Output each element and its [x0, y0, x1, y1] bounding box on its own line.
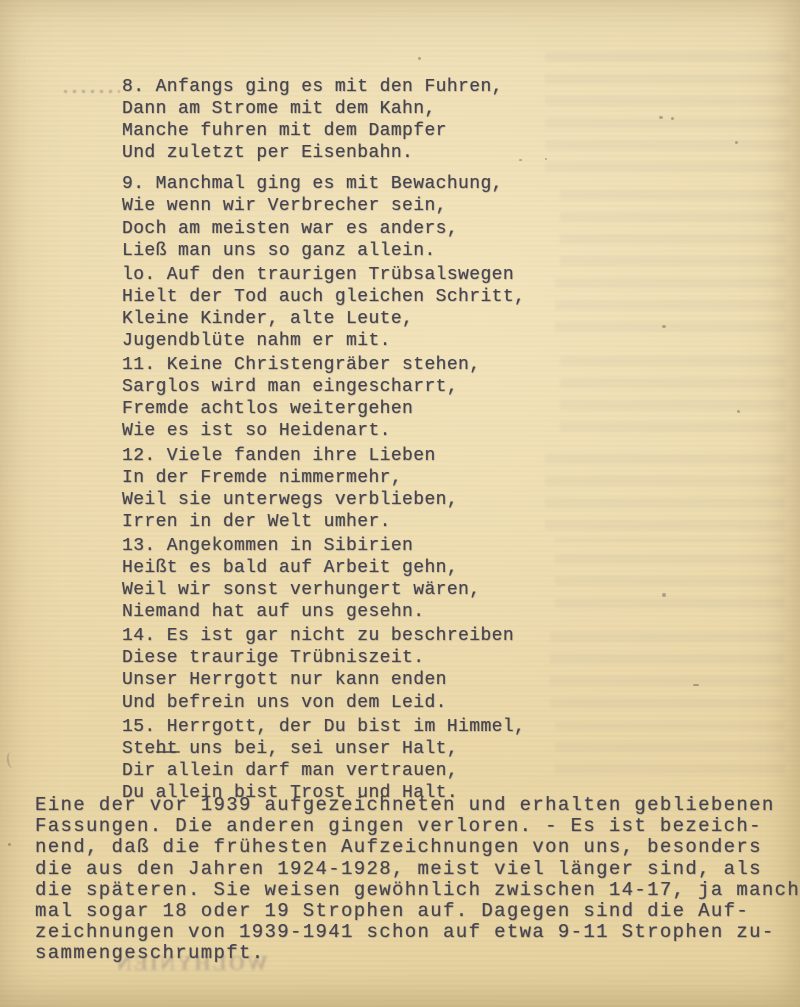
stanza-13: 13. Angekommen in Sibirien Heißt es bald…	[122, 535, 525, 623]
scan-speck	[737, 410, 740, 413]
stanza-line: Wie wenn wir Verbrecher sein,	[122, 195, 525, 217]
stanza-line: 11. Keine Christengräber stehen,	[122, 354, 525, 376]
stanza-15: 15. Herrgott, der Du bist im Himmel, Ste…	[122, 716, 525, 804]
stanza-line: 12. Viele fanden ihre Lieben	[122, 445, 525, 467]
stanza-line: Weil wir sonst verhungert wären,	[122, 579, 525, 601]
stanza-line: Dann am Strome mit dem Kahn,	[122, 98, 525, 120]
scan-speck	[662, 593, 666, 597]
scan-speck	[418, 57, 421, 60]
commentary-line: die aus den Jahren 1924-1928, meist viel…	[35, 859, 800, 880]
stanza-block: 8. Anfangs ging es mit den Fuhren, Dann …	[122, 76, 525, 806]
scan-speck	[671, 117, 674, 120]
scan-speck	[659, 116, 663, 119]
commentary-line: Fassungen. Die anderen gingen verloren. …	[35, 816, 800, 837]
stanza-line: Kleine Kinder, alte Leute,	[122, 308, 525, 330]
stanza-line: Unser Herrgott nur kann enden	[122, 669, 525, 691]
stanza-line: Ließ man uns so ganz allein.	[122, 240, 525, 262]
stanza-line: 9. Manchmal ging es mit Bewachung,	[122, 173, 525, 195]
stanza-11: 11. Keine Christengräber stehen, Sarglos…	[122, 354, 525, 442]
stanza-line: Sarglos wird man eingescharrt,	[122, 376, 525, 398]
scan-speck	[519, 159, 522, 161]
scan-speck	[8, 843, 11, 846]
commentary-line: zeichnungen von 1939-1941 schon auf etwa…	[35, 922, 800, 943]
stanza-line: Weil sie unterwegs verblieben,	[122, 489, 525, 511]
commentary-line: mal sogar 18 oder 19 Strophen auf. Dageg…	[35, 901, 800, 922]
scan-speck	[693, 684, 699, 686]
stanza-line: Und befrein uns von dem Leid.	[122, 692, 525, 714]
commentary-line: nend, daß die frühesten Aufzeichnungen v…	[35, 837, 800, 858]
stanza-line: lo. Auf den traurigen Trübsalswegen	[122, 264, 525, 286]
bleed-through-text-area	[560, 352, 785, 432]
commentary-line: Eine der vor 1939 aufgezeichneten und er…	[35, 795, 800, 816]
stanza-line: 8. Anfangs ging es mit den Fuhren,	[122, 76, 525, 98]
pencil-dot-marks	[64, 90, 120, 93]
bleed-through-text-area	[555, 538, 785, 608]
stanza-line: 15. Herrgott, der Du bist im Himmel,	[122, 716, 525, 738]
stanza-line: Irren in der Welt umher.	[122, 511, 525, 533]
stanza-line: Manche fuhren mit dem Dampfer	[122, 120, 525, 142]
stanza-line: Heißt es bald auf Arbeit gehn,	[122, 557, 525, 579]
scan-speck	[662, 325, 666, 328]
stanza-10: lo. Auf den traurigen Trübsalswegen Hiel…	[122, 264, 525, 352]
stanza-line: Niemand hat auf uns gesehn.	[122, 601, 525, 623]
scan-speck	[735, 141, 738, 144]
stanza-14: 14. Es ist gar nicht zu beschreiben Dies…	[122, 625, 525, 713]
typed-underline-mark	[156, 751, 180, 753]
bleed-through-stamp: WOLHYNIEN	[118, 951, 268, 976]
stanza-line: Fremde achtlos weitergehen	[122, 398, 525, 420]
bleed-through-text-area	[545, 42, 790, 172]
stanza-line: Dir allein darf man vertrauen,	[122, 760, 525, 782]
commentary-line: die späteren. Sie weisen gewöhnlich zwis…	[35, 880, 800, 901]
scanned-document-page: 8. Anfangs ging es mit den Fuhren, Dann …	[0, 0, 800, 1007]
bleed-through-text-area	[550, 632, 785, 708]
stanza-line: Doch am meisten war es anders,	[122, 218, 525, 240]
stanza-line: Diese traurige Trübniszeit.	[122, 647, 525, 669]
bleed-through-text-area	[560, 186, 785, 266]
stanza-line: Hielt der Tod auch gleichen Schritt,	[122, 286, 525, 308]
stanza-line: 14. Es ist gar nicht zu beschreiben	[122, 625, 525, 647]
stanza-line: Steht uns bei, sei unser Halt,	[122, 738, 525, 760]
stanza-line: Wie es ist so Heidenart.	[122, 420, 525, 442]
stanza-line: 13. Angekommen in Sibirien	[122, 535, 525, 557]
pencil-mark	[6, 751, 18, 768]
scan-speck	[545, 158, 547, 160]
bleed-through-text-area	[555, 722, 785, 774]
stanza-line: Und zuletzt per Eisenbahn.	[122, 142, 525, 164]
stanza-9: 9. Manchmal ging es mit Bewachung, Wie w…	[122, 173, 525, 261]
stanza-line: Jugendblüte nahm er mit.	[122, 330, 525, 352]
stanza-line: In der Fremde nimmermehr,	[122, 467, 525, 489]
stanza-12: 12. Viele fanden ihre Lieben In der Frem…	[122, 445, 525, 533]
bleed-through-text-area	[545, 444, 785, 530]
bleed-through-text-area	[555, 272, 785, 332]
stanza-8: 8. Anfangs ging es mit den Fuhren, Dann …	[122, 76, 525, 164]
commentary-paragraph: Eine der vor 1939 aufgezeichneten und er…	[35, 795, 800, 965]
